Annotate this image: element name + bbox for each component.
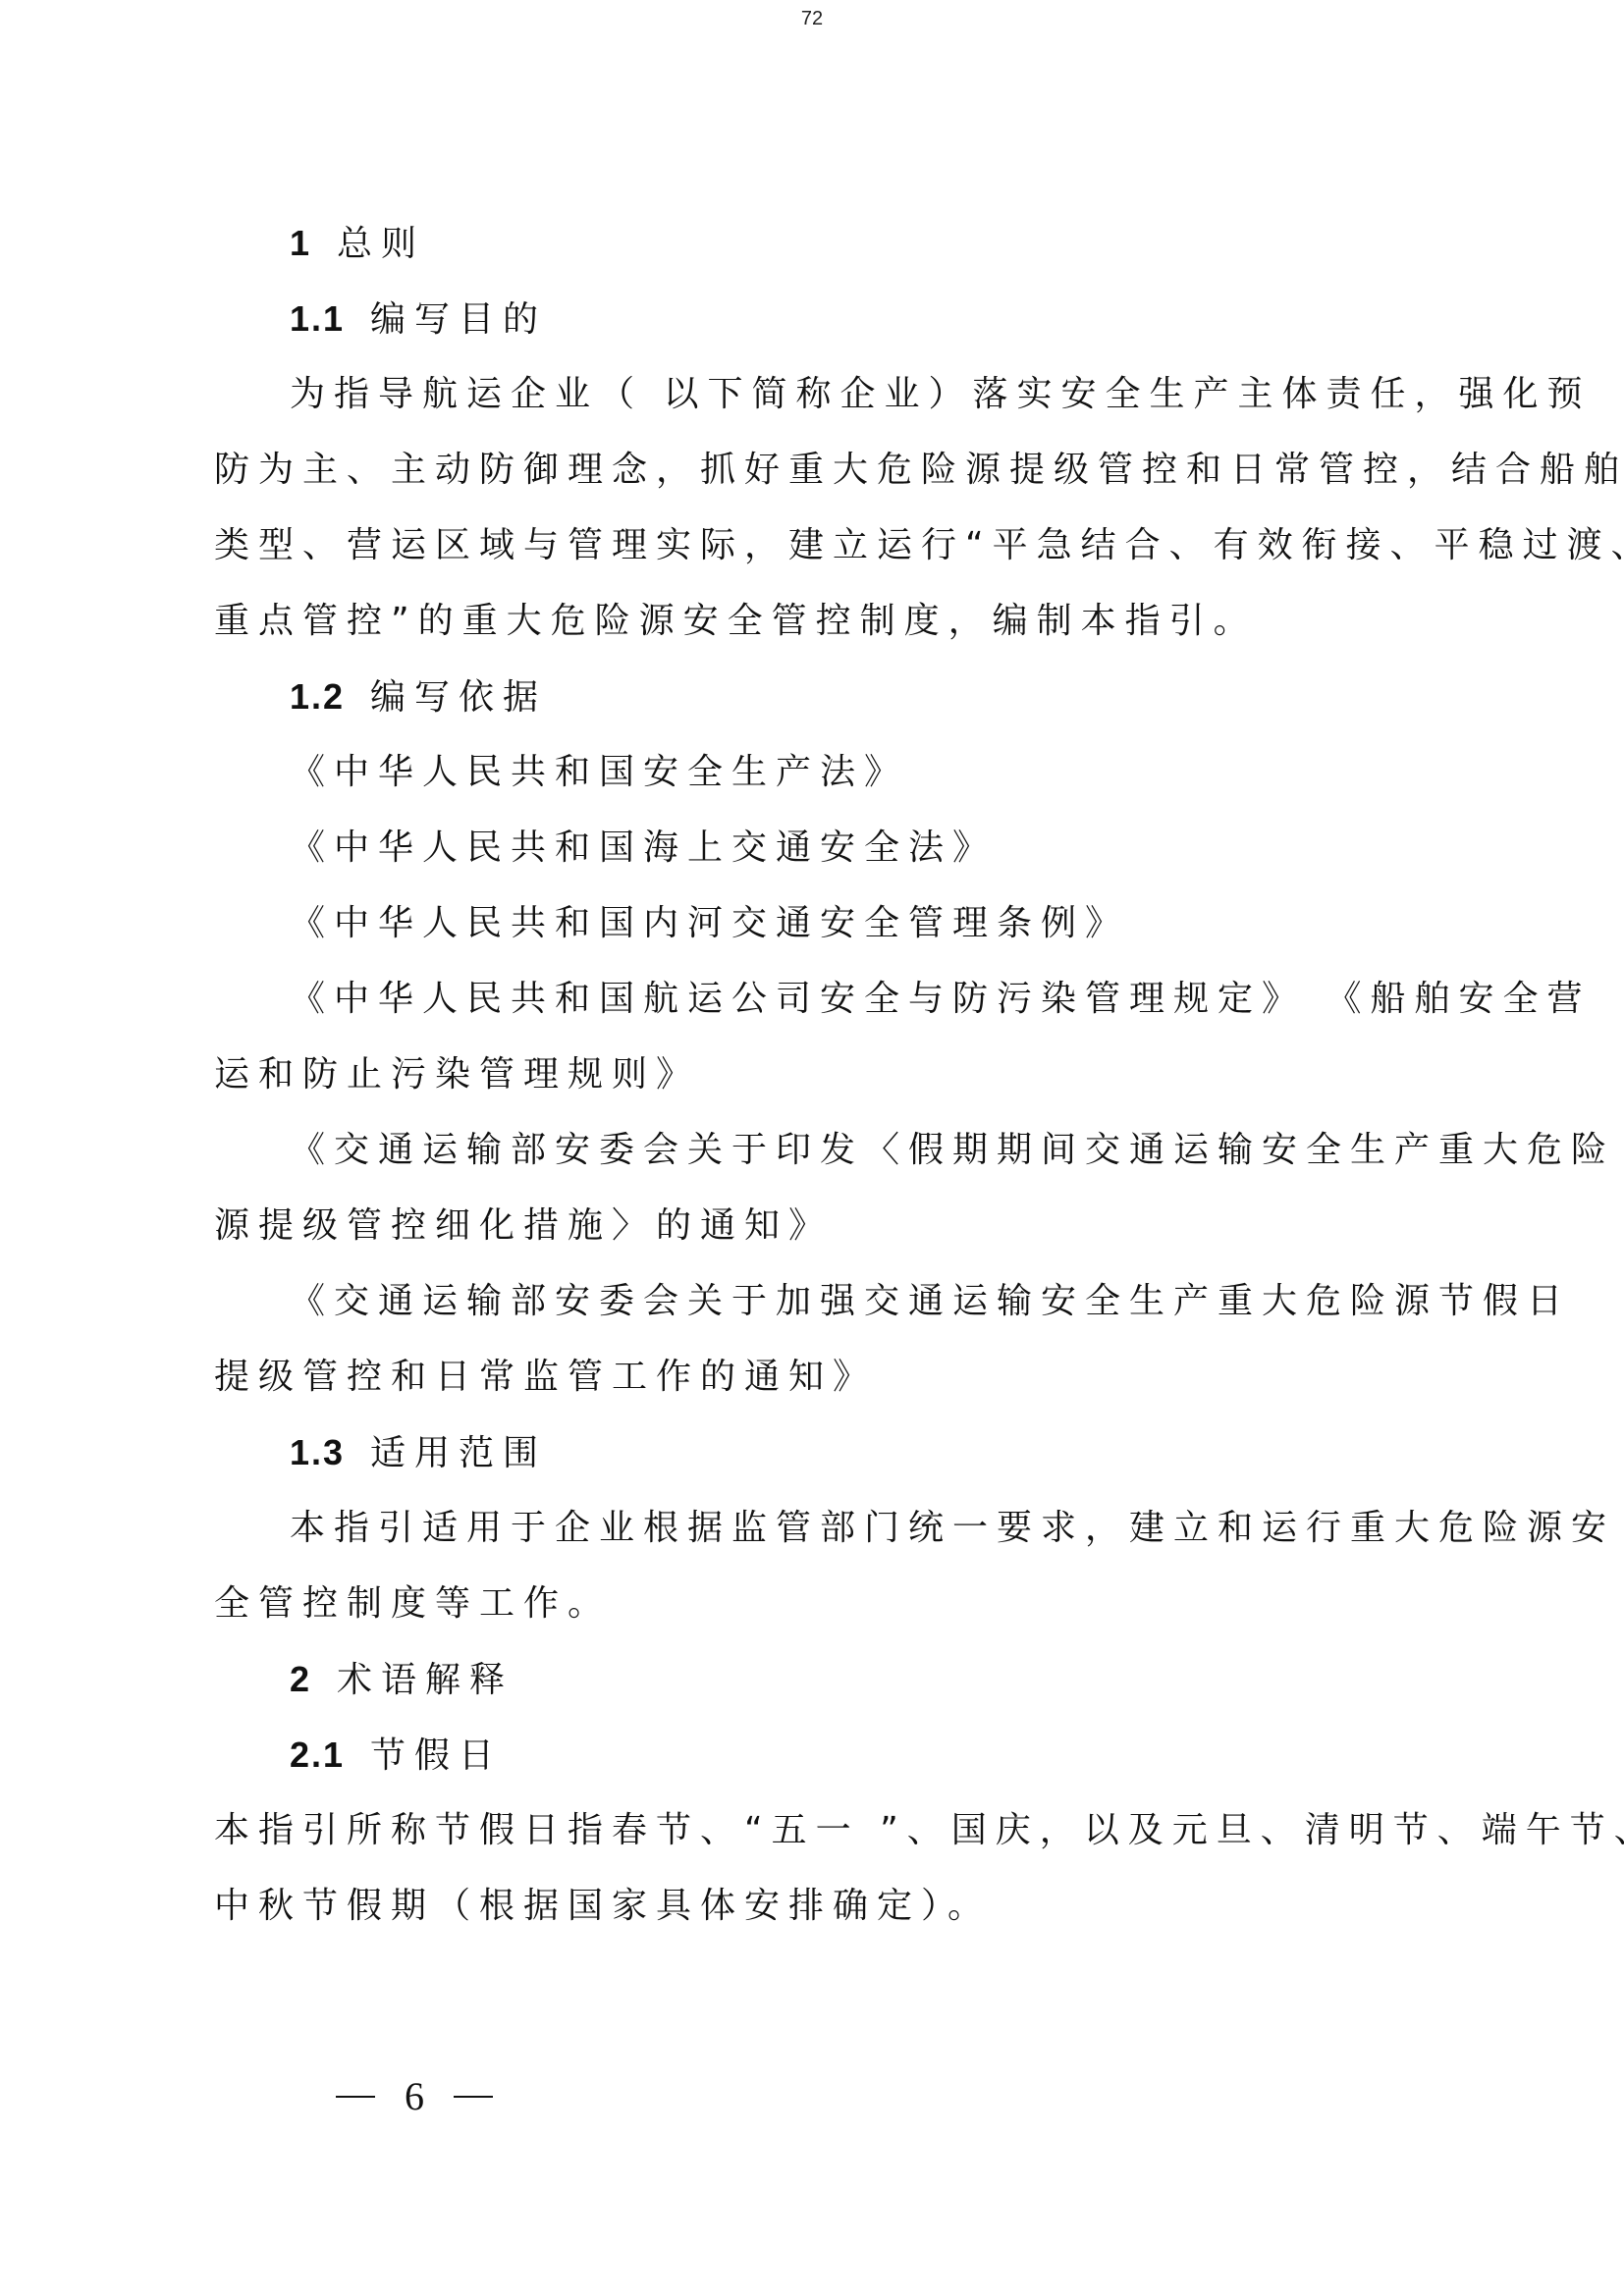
basis-item: 《交通运输部安委会关于加强交通运输安全生产重大危险源节假日 [290, 1282, 1517, 1321]
dash-right [454, 2096, 493, 2098]
basis-item: 提级管控和日常监管工作的通知》 [214, 1358, 1441, 1397]
heading-section-1-1: 1.1编写目的 [290, 299, 1517, 340]
footer-number: 6 [405, 2073, 424, 2119]
basis-item: 《中华人民共和国海上交通安全法》 [290, 828, 1517, 868]
header-page-number: 72 [0, 8, 1624, 30]
paragraph-line: 为指导航运企业（ 以下简称企业）落实安全生产主体责任，强化预 [290, 375, 1517, 414]
heading-section-1-3: 1.3适用范围 [290, 1433, 1517, 1473]
heading-section-2: 2术语解释 [290, 1660, 1517, 1700]
basis-item: 《中华人民共和国内河交通安全管理条例》 [290, 904, 1517, 943]
section-number: 2.1 [290, 1735, 345, 1775]
section-title: 适用范围 [370, 1433, 547, 1473]
section-number: 1.3 [290, 1432, 345, 1472]
paragraph-line: 全管控制度等工作。 [214, 1584, 1441, 1624]
paragraph-line: 防为主、主动防御理念，抓好重大危险源提级管控和日常管控，结合船舶 [214, 451, 1441, 490]
heading-section-2-1: 2.1节假日 [290, 1735, 1517, 1776]
paragraph-line: 重点管控”的重大危险源安全管控制度，编制本指引。 [214, 602, 1441, 641]
section-title: 术语解释 [337, 1660, 514, 1700]
basis-item: 《交通运输部安委会关于印发〈假期期间交通运输安全生产重大危险 [290, 1131, 1517, 1170]
section-title: 编写依据 [370, 677, 547, 718]
section-title: 编写目的 [370, 299, 547, 340]
paragraph-line: 本指引所称节假日指春节、“五一 ”、国庆，以及元旦、清明节、端午节、 [214, 1811, 1441, 1850]
heading-section-1-2: 1.2编写依据 [290, 677, 1517, 718]
basis-item: 《中华人民共和国航运公司安全与防污染管理规定》 《船舶安全营 [290, 980, 1517, 1019]
paragraph-line: 本指引适用于企业根据监管部门统一要求，建立和运行重大危险源安 [290, 1509, 1517, 1548]
heading-section-1: 1总则 [290, 224, 1517, 264]
section-title: 总则 [337, 224, 425, 264]
dash-left [336, 2096, 375, 2098]
footer-page-number: 6 [336, 2073, 493, 2119]
paragraph-line: 类型、营运区域与管理实际，建立运行“平急结合、有效衔接、平稳过渡、 [214, 526, 1441, 565]
section-number: 1 [290, 223, 311, 263]
basis-item: 源提级管控细化措施〉的通知》 [214, 1206, 1441, 1246]
basis-item: 运和防止污染管理规则》 [214, 1055, 1441, 1095]
section-number: 2 [290, 1659, 311, 1699]
paragraph-line: 中秋节假期（根据国家具体安排确定）。 [214, 1887, 1441, 1926]
section-title: 节假日 [370, 1735, 503, 1776]
section-number: 1.1 [290, 298, 345, 339]
basis-item: 《中华人民共和国安全生产法》 [290, 753, 1517, 792]
section-number: 1.2 [290, 676, 345, 717]
